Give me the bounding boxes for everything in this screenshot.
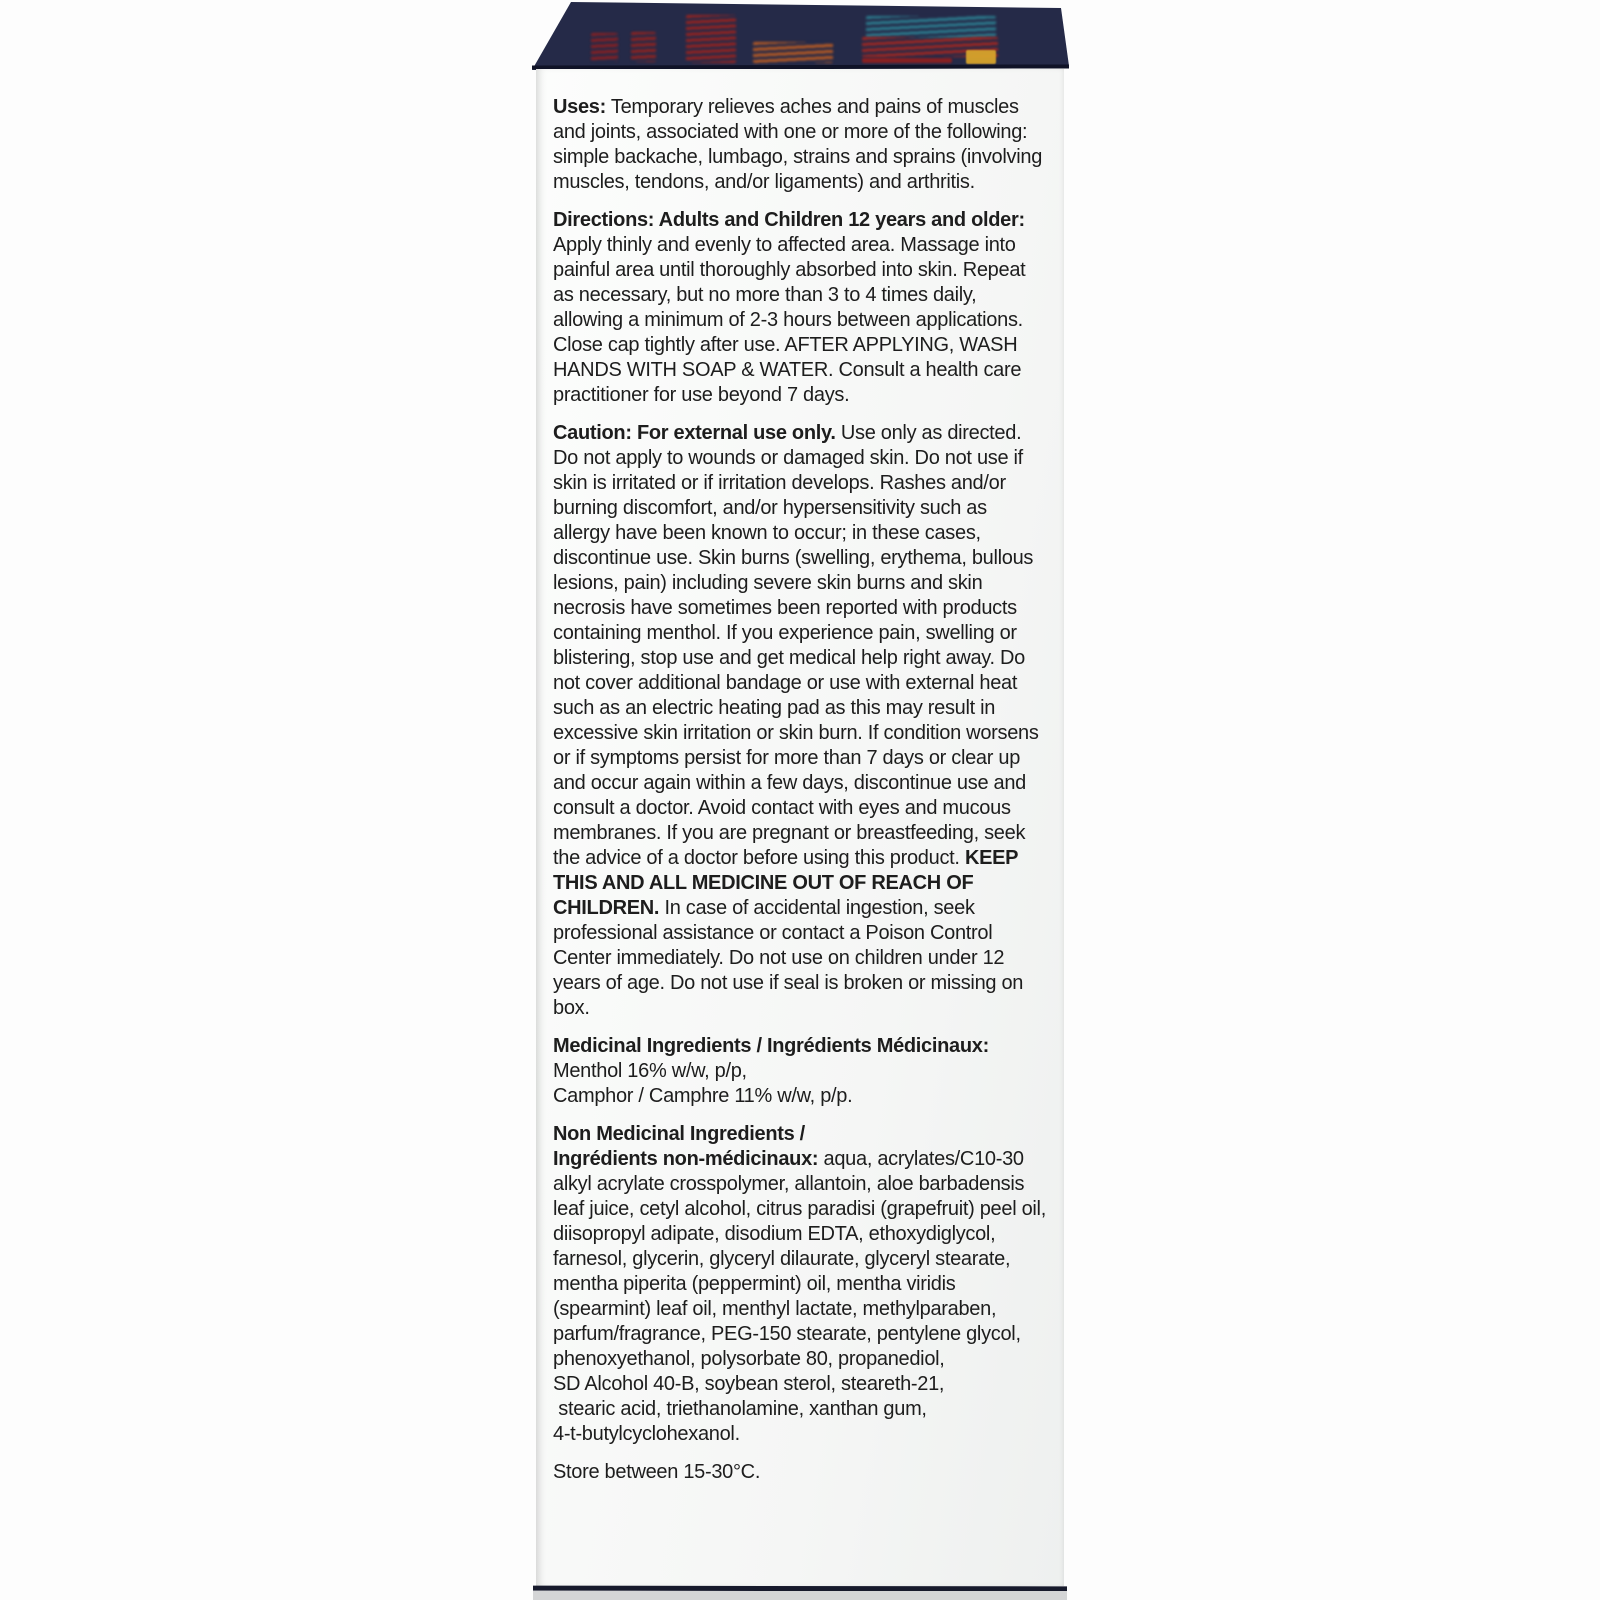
photo-background: Uses: Temporary relieves aches and pains… (0, 0, 1600, 1600)
product-box-back-panel: Uses: Temporary relieves aches and pains… (536, 0, 1064, 1600)
caution-lead: Caution: For external use only. (553, 422, 836, 444)
medicinal-ingredients-section: Medicinal Ingredients / Ingrédients Médi… (553, 1034, 1047, 1109)
uses-label: Uses: (553, 96, 606, 118)
box-top-print-orange-streaks (753, 42, 833, 63)
uses-section: Uses: Temporary relieves aches and pains… (553, 95, 1047, 195)
box-bottom-flap (533, 1591, 1067, 1600)
medicinal-line-camphor: Camphor / Camphre 11% w/w, p/p. (553, 1084, 1047, 1109)
non-medicinal-body: Ingrédients non-médicinaux: aqua, acryla… (553, 1148, 1051, 1445)
caution-section: Caution: For external use only. Use only… (553, 421, 1047, 1021)
caution-body-1: Use only as directed. Do not apply to wo… (553, 422, 1039, 869)
label-text-column: Uses: Temporary relieves aches and pains… (553, 95, 1047, 1498)
box-top-print-red-underline (862, 58, 952, 63)
directions-text: Apply thinly and evenly to affected area… (553, 233, 1047, 408)
storage-section: Store between 15-30°C. (553, 1460, 1047, 1485)
box-top-print-teal-streaks (866, 16, 996, 38)
box-top-print-yellow-block (966, 50, 996, 64)
non-medicinal-ingredients-section: Non Medicinal Ingredients /Ingrédients n… (553, 1122, 1047, 1447)
box-top-print-red-block-3 (686, 15, 736, 63)
non-medicinal-heading-line-1: Non Medicinal Ingredients / (553, 1122, 1047, 1147)
box-top-print-red-block-1 (591, 33, 618, 62)
non-medicinal-heading-line-2: Ingrédients non-médicinaux: (553, 1148, 818, 1170)
medicinal-line-menthol: Menthol 16% w/w, p/p, (553, 1059, 1047, 1084)
medicinal-heading: Medicinal Ingredients / Ingrédients Médi… (553, 1034, 1047, 1059)
directions-section: Directions: Adults and Children 12 years… (553, 208, 1047, 408)
box-top-panel (532, 0, 1069, 70)
non-medicinal-text: aqua, acrylates/C10-30 alkyl acrylate cr… (553, 1148, 1051, 1445)
uses-text: Temporary relieves aches and pains of mu… (553, 96, 1042, 193)
storage-text: Store between 15-30°C. (553, 1461, 760, 1483)
label-back-panel: Uses: Temporary relieves aches and pains… (536, 69, 1064, 1586)
box-top-print-red-block-2 (631, 32, 656, 62)
directions-heading: Directions: Adults and Children 12 years… (553, 208, 1047, 233)
